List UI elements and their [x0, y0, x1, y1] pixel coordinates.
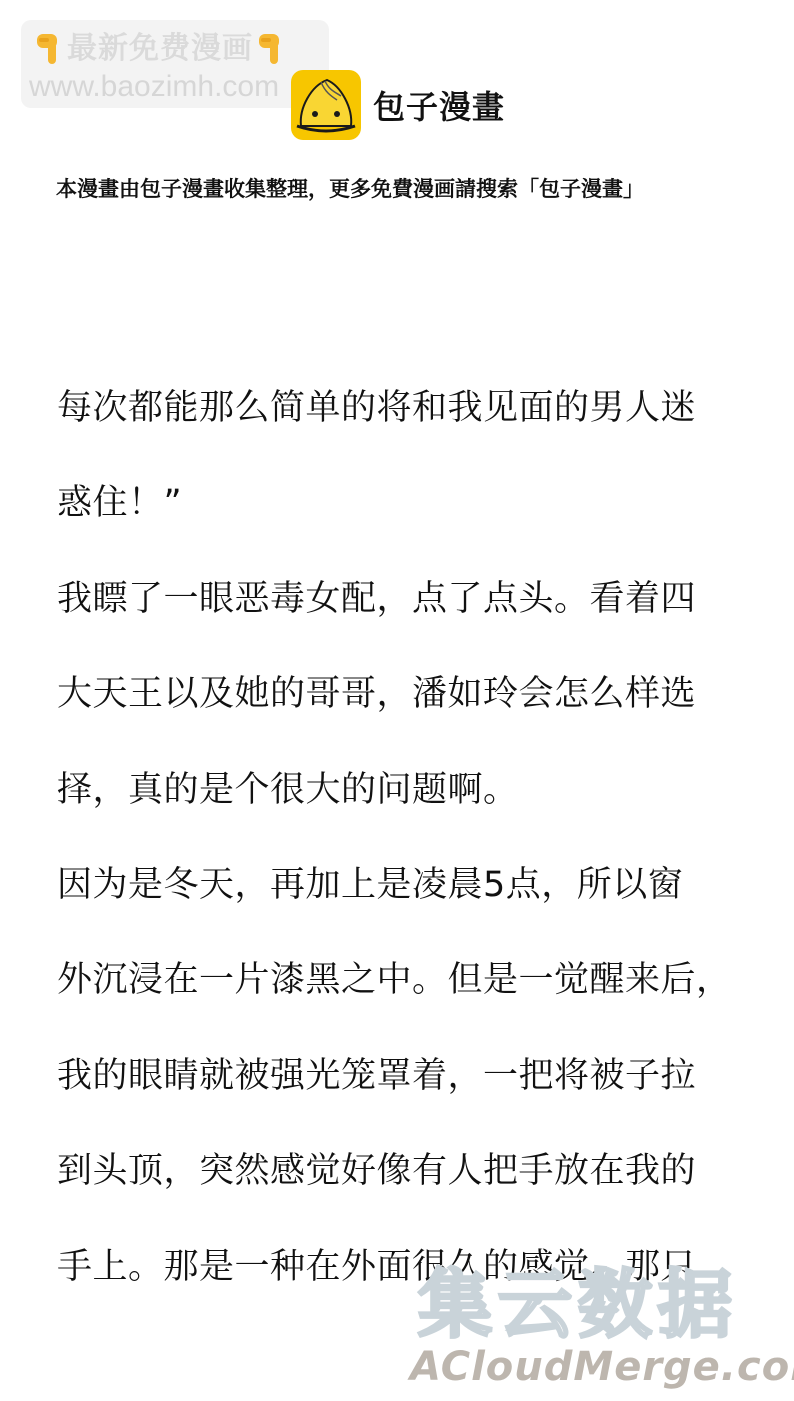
baozi-bun-logo-icon [291, 70, 361, 140]
story-line: 每次都能那么简单的将和我见面的男人迷 [57, 380, 777, 475]
story-line: 我瞟了一眼恶毒女配，点了点头。看着四 [57, 571, 777, 666]
story-line: 我的眼睛就被强光笼罩着，一把将被子拉 [57, 1048, 777, 1143]
watermark-en: ACloudMerge.com [410, 1345, 794, 1389]
story-line: 到头顶，突然感觉好像有人把手放在我的 [57, 1143, 777, 1238]
promo-headline: 最新免费漫画 [35, 32, 285, 66]
pointing-down-hand-icon [35, 32, 63, 66]
promo-url[interactable]: www.baozimh.com [29, 70, 279, 104]
brand-name: 包子漫畫 [373, 82, 505, 128]
brand-header: 包子漫畫 [291, 70, 505, 140]
promo-badge[interactable]: 最新免费漫画 www.baozimh.com [21, 20, 329, 108]
promo-headline-text: 最新免费漫画 [67, 32, 253, 66]
pointing-down-hand-icon [257, 32, 285, 66]
story-line: 外沉浸在一片漆黑之中。但是一觉醒来后， [57, 952, 777, 1047]
source-notice: 本漫畫由包子漫畫收集整理，更多免費漫画請搜索「包子漫畫」 [56, 173, 644, 203]
story-text: 每次都能那么简单的将和我见面的男人迷 惑住！” 我瞟了一眼恶毒女配，点了点头。看… [57, 380, 777, 1334]
story-line: 手上。那是一种在外面很久的感觉。那只 [57, 1239, 777, 1334]
story-line: 择，真的是个很大的问题啊。 [57, 762, 777, 857]
story-line: 因为是冬天，再加上是凌晨5点，所以窗 [57, 857, 777, 952]
story-line: 大天王以及她的哥哥，潘如玲会怎么样选 [57, 666, 777, 761]
story-line: 惑住！” [57, 475, 777, 570]
